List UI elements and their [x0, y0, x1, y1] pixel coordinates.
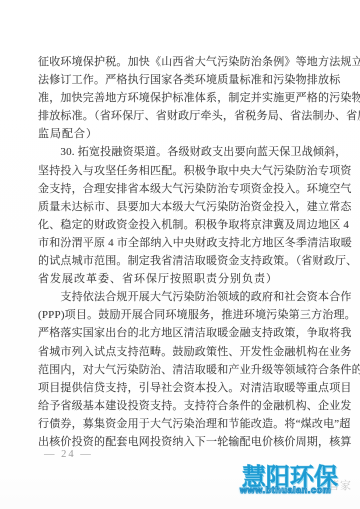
text-line: 项目提供信贷支持，引导社会资本投入。对清洁取暖等重点项目 [38, 379, 324, 397]
text-line: 范围内，对大气污染防治、清洁取暖和产业升级等领域符合条件的 [38, 361, 324, 379]
text-line: 省发展改革委、省环保厅按照职责分别负责） [38, 270, 324, 288]
text-line: (PPP)项目。鼓励开展合同环境服务，推进环境污染第三方治理。 [38, 306, 324, 324]
text-line: 准，加快完善地方环境保护标准体系，制定并实施更严格的污染物 [38, 89, 324, 107]
page-number: — 24 — [44, 449, 93, 460]
text-line: 严格落实国家出台的北方地区清洁取暖金融支持政策，争取将我 [38, 324, 324, 342]
text-line: 行债券，募集资金用于大气污染治理和节能改造。将“煤改电”超 [38, 415, 324, 433]
text-line: 给予省级基本建设投资支持。支持符合条件的金融机构、企业发 [38, 397, 324, 415]
body-text: 征收环境保护税。加快《山西省大气污染防治条例》等地方法规立 法修订工作。严格执行… [38, 53, 324, 451]
text-line: 法修订工作。严格执行国家各类环境质量标准和污染物排放标 [38, 71, 324, 89]
text-line: 30. 拓宽投融资渠道。各级财政支出要向蓝天保卫战倾斜， [38, 143, 324, 161]
text-line: 支持依法合规开展大气污染防治领域的政府和社会资本合作 [38, 288, 324, 306]
text-line: 坚持投入与攻坚任务相匹配。积极争取中央大气污染防治专项资 [38, 162, 324, 180]
text-line: 监局配合） [38, 125, 324, 143]
text-line: 化、稳定的财政资金投入机制。积极争取将京津冀及周边地区 4 [38, 216, 324, 234]
text-line: 排放标准。（省环保厅、省财政厅牵头，省税务局、省法制办、省质 [38, 107, 324, 125]
text-line: 质量未达标市、县要加大本级大气污染防治资金投入，建立常态 [38, 198, 324, 216]
text-line: 市和汾渭平原 4 市全部纳入中央财政支持北方地区冬季清洁取暖 [38, 234, 324, 252]
watermark-url: www.bthualan.com [240, 485, 331, 495]
document-page: 征收环境保护税。加快《山西省大气污染防治条例》等地方法规立 法修订工作。严格执行… [0, 0, 360, 509]
text-line: 金支持，合理安排省本级大气污染防治专项资金投入。环境空气 [38, 180, 324, 198]
text-line: 省城市列入试点支持范畴。鼓励政策性、开发性金融机构在业务 [38, 343, 324, 361]
text-line: 征收环境保护税。加快《山西省大气污染防治条例》等地方法规立 [38, 53, 324, 71]
watermark: 管家 慧阳环保 www.bthualan.com [229, 457, 354, 505]
text-line: 的试点城市范围。制定我省清洁取暖资金支持政策。（省财政厅、 [38, 252, 324, 270]
